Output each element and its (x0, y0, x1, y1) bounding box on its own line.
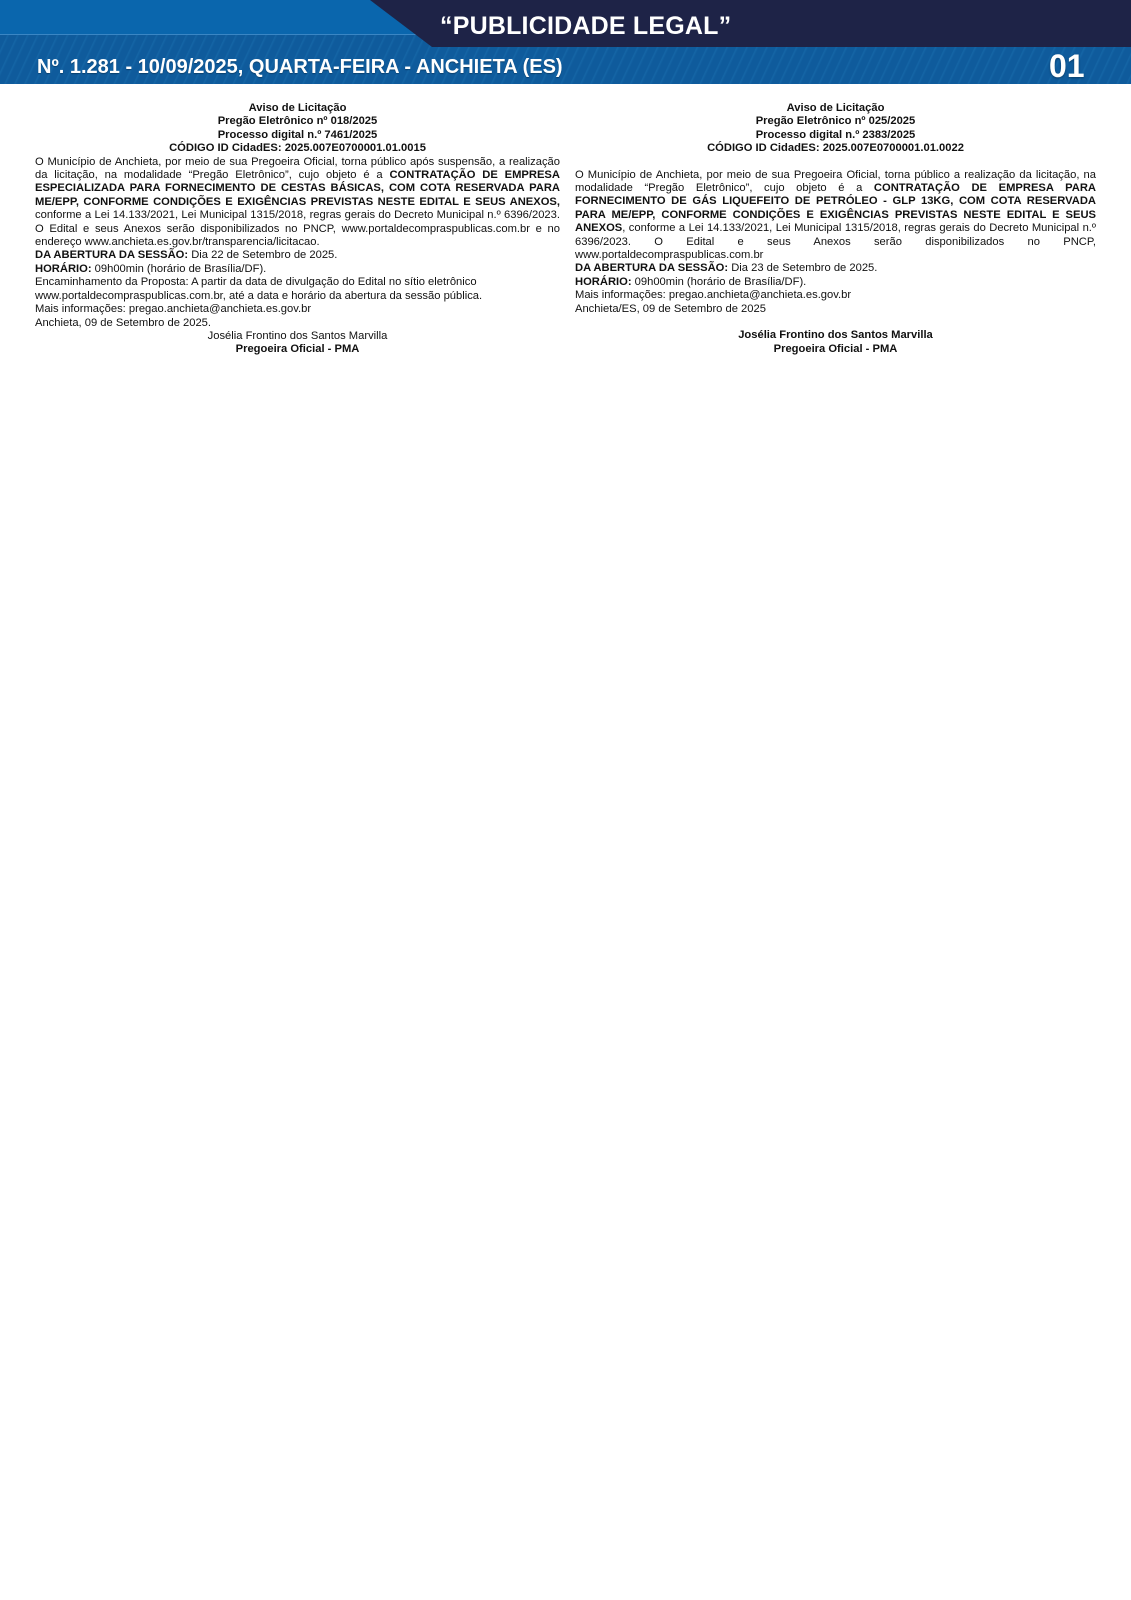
notice-body: O Município de Anchieta, por meio de sua… (575, 169, 1096, 263)
horario-label: HORÁRIO: (35, 263, 92, 275)
spacer (575, 156, 1096, 169)
body-rest: conforme a Lei 14.133/2021, Lei Municipa… (35, 209, 560, 248)
notice-heading: Aviso de Licitação (575, 102, 1096, 115)
publication-title: “PUBLICIDADE LEGAL” (440, 12, 731, 41)
info-line: Mais informações: pregao.anchieta@anchie… (35, 303, 560, 316)
signer-name: Josélia Frontino dos Santos Marvilla (575, 329, 1096, 342)
signer-role: Pregoeira Oficial - PMA (575, 343, 1096, 356)
edition-line: Nº. 1.281 - 10/09/2025, QUARTA-FEIRA - A… (37, 56, 563, 79)
info-line: Mais informações: pregao.anchieta@anchie… (575, 289, 1096, 302)
notice-pregao-018: Aviso de Licitação Pregão Eletrônico nº … (35, 102, 560, 357)
horario-value: 09h00min (horário de Brasília/DF). (92, 263, 267, 275)
publication-header: “PUBLICIDADE LEGAL” Nº. 1.281 - 10/09/20… (0, 0, 1131, 84)
abertura-label: DA ABERTURA DA SESSÃO: (575, 262, 728, 274)
notice-pregao: Pregão Eletrônico nº 025/2025 (575, 115, 1096, 128)
signer-role: Pregoeira Oficial - PMA (35, 343, 560, 356)
proposta-line-2: www.portaldecompraspublicas.com.br, até … (35, 290, 560, 303)
notice-codigo: CÓDIGO ID CidadES: 2025.007E0700001.01.0… (575, 142, 1096, 155)
notice-codigo: CÓDIGO ID CidadES: 2025.007E0700001.01.0… (35, 142, 560, 155)
notice-pregao-025: Aviso de Licitação Pregão Eletrônico nº … (575, 102, 1096, 356)
page-number: 01 (1049, 48, 1085, 84)
proposta-line-1: Encaminhamento da Proposta: A partir da … (35, 276, 560, 289)
horario-line: HORÁRIO: 09h00min (horário de Brasília/D… (35, 263, 560, 276)
notice-processo: Processo digital n.º 2383/2025 (575, 129, 1096, 142)
place-date: Anchieta, 09 de Setembro de 2025. (35, 317, 560, 330)
horario-label: HORÁRIO: (575, 276, 632, 288)
body-rest: , conforme a Lei 14.133/2021, Lei Munici… (575, 222, 1096, 261)
signer-name: Josélia Frontino dos Santos Marvilla (35, 330, 560, 343)
abertura-line: DA ABERTURA DA SESSÃO: Dia 23 de Setembr… (575, 262, 1096, 275)
horario-value: 09h00min (horário de Brasília/DF). (632, 276, 807, 288)
notice-processo: Processo digital n.º 7461/2025 (35, 129, 560, 142)
spacer (575, 316, 1096, 329)
notice-pregao: Pregão Eletrônico nº 018/2025 (35, 115, 560, 128)
abertura-line: DA ABERTURA DA SESSÃO: Dia 22 de Setembr… (35, 249, 560, 262)
abertura-value: Dia 22 de Setembro de 2025. (188, 249, 337, 261)
place-date: Anchieta/ES, 09 de Setembro de 2025 (575, 303, 1096, 316)
horario-line: HORÁRIO: 09h00min (horário de Brasília/D… (575, 276, 1096, 289)
notice-body: O Município de Anchieta, por meio de sua… (35, 156, 560, 250)
abertura-label: DA ABERTURA DA SESSÃO: (35, 249, 188, 261)
abertura-value: Dia 23 de Setembro de 2025. (728, 262, 877, 274)
notice-heading: Aviso de Licitação (35, 102, 560, 115)
